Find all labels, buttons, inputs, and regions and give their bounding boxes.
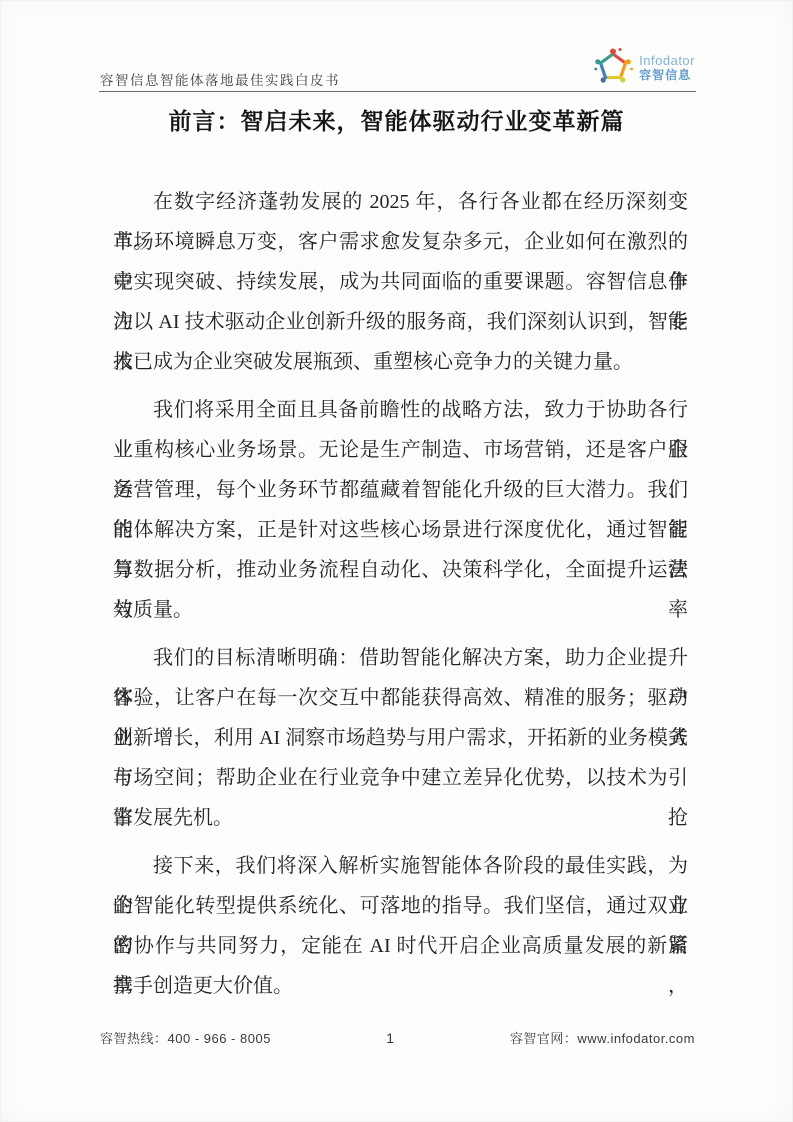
text-line: 我们将采用全面且具备前瞻性的战略方法，致力于协助各行业企 — [113, 390, 688, 430]
text-line: 术已成为企业突破发展瓶颈、重塑核心竞争力的关键力量。 — [113, 342, 688, 382]
logo-text: Infodator 容智信息 — [639, 54, 695, 83]
footer-hotline: 容智热线：400 - 966 - 8005 — [100, 1028, 271, 1047]
text-line: 在数字经济蓬勃发展的 2025 年，各行各业都在经历深刻变革。 — [113, 182, 688, 222]
text-line: 体验，让客户在每一次交互中都能获得高效、精准的服务；驱动业务 — [113, 678, 688, 718]
text-line: 市场环境瞬息万变，客户需求愈发复杂多元，企业如何在激烈的竞争 — [113, 222, 688, 262]
text-line: 的智能化转型提供系统化、可落地的指导。我们坚信，通过双方的紧 — [113, 886, 688, 926]
text-line: 中实现突破、持续发展，成为共同面临的重要课题。容智信息作为专 — [113, 262, 688, 302]
footer-website: 容智官网：www.infodator.com — [510, 1028, 695, 1047]
infodator-pentagon-icon — [594, 45, 634, 92]
text-line: 接下来，我们将深入解析实施智能体各阶段的最佳实践，为企业 — [113, 846, 688, 886]
text-line: 能体解决方案，正是针对这些核心场景进行深度优化，通过智能算法 — [113, 510, 688, 550]
page-title: 前言：智启未来，智能体驱动行业变革新篇 — [109, 103, 684, 136]
company-logo: Infodator 容智信息 — [594, 45, 695, 92]
footer-hotline-label: 容智热线： — [100, 1031, 168, 1046]
text-line: 运营管理，每个业务环节都蕴藏着智能化升级的巨大潜力。我们的智 — [113, 470, 688, 510]
paragraph-4: 接下来，我们将深入解析实施智能体各阶段的最佳实践，为企业 的智能化转型提供系统化… — [113, 846, 688, 1006]
text-line: 业重构核心业务场景。无论是生产制造、市场营销，还是客户服务、 — [113, 430, 688, 470]
logo-name-en: Infodator — [639, 54, 695, 69]
footer-hotline-number: 400 - 966 - 8005 — [168, 1031, 271, 1046]
page-footer: 容智热线：400 - 966 - 8005 1 容智官网：www.infodat… — [100, 1028, 695, 1047]
paragraph-3: 我们的目标清晰明确：借助智能化解决方案，助力企业提升客户 体验，让客户在每一次交… — [113, 638, 688, 838]
text-line: 与数据分析，推动业务流程自动化、决策科学化，全面提升运营效率 — [113, 550, 688, 590]
text-line: 市场空间；帮助企业在行业竞争中建立差异化优势，以技术为引擎抢 — [113, 758, 688, 798]
document-body: 在数字经济蓬勃发展的 2025 年，各行各业都在经历深刻变革。 市场环境瞬息万变… — [113, 182, 688, 1014]
paragraph-2: 我们将采用全面且具备前瞻性的战略方法，致力于协助各行业企 业重构核心业务场景。无… — [113, 390, 688, 630]
paragraph-1: 在数字经济蓬勃发展的 2025 年，各行各业都在经历深刻变革。 市场环境瞬息万变… — [113, 182, 688, 382]
document-page: 容智信息智能体落地最佳实践白皮书 — [0, 0, 793, 1122]
page-number: 1 — [386, 1031, 394, 1046]
footer-website-url: www.infodator.com — [577, 1031, 695, 1046]
footer-website-label: 容智官网： — [510, 1031, 578, 1046]
logo-name-cn: 容智信息 — [639, 69, 695, 83]
header-title: 容智信息智能体落地最佳实践白皮书 — [100, 69, 340, 89]
text-line: 密协作与共同努力，定能在 AI 时代开启企业高质量发展的新篇章， — [113, 926, 688, 966]
text-line: 注以 AI 技术驱动企业创新升级的服务商，我们深刻认识到，智能技 — [113, 302, 688, 342]
text-line: 创新增长，利用 AI 洞察市场趋势与用户需求，开拓新的业务模式与 — [113, 718, 688, 758]
text-line: 我们的目标清晰明确：借助智能化解决方案，助力企业提升客户 — [113, 638, 688, 678]
